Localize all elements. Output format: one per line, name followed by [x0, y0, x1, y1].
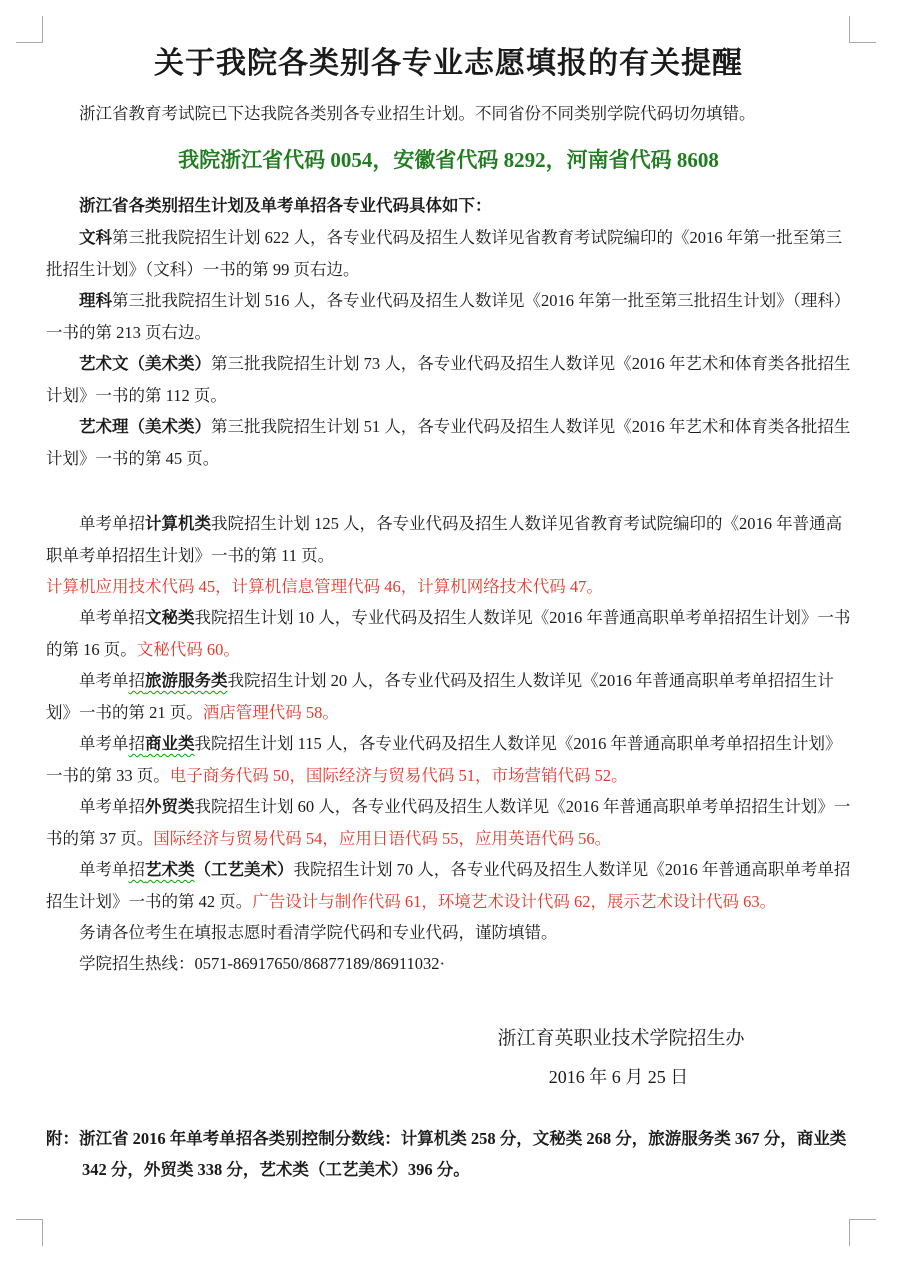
date-line: 2016 年 6 月 25 日	[46, 1059, 851, 1095]
paragraph: 计算机应用技术代码 45，计算机信息管理代码 46，计算机网络技术代码 47。	[46, 571, 851, 602]
text-run: 单考单招	[79, 797, 145, 816]
text-run: 文秘代码 60。	[137, 640, 240, 659]
province-codes-line: 我院浙江省代码 0054，安徽省代码 8292，河南省代码 8608	[46, 140, 851, 180]
text-run: 务请各位考生在填报志愿时看清学院代码和专业代码，谨防填错。	[79, 923, 558, 942]
text-run: 计算机类	[145, 515, 211, 533]
text-run: 理科	[79, 292, 112, 310]
text-run: 文科	[79, 229, 112, 247]
paragraph: 学院招生热线：0571-86917650/86877189/86911032·	[46, 948, 851, 979]
paragraph: 理科第三批我院招生计划 516 人，各专业代码及招生人数详见《2016 年第一批…	[46, 285, 851, 348]
paragraph: 务请各位考生在填报志愿时看清学院代码和专业代码，谨防填错。	[46, 917, 851, 948]
text-run: 文秘类	[145, 609, 195, 627]
paragraph: 单考单招艺术类（工艺美术）我院招生计划 70 人，各专业代码及招生人数详见《20…	[46, 854, 851, 917]
paragraphs: 文科第三批我院招生计划 622 人，各专业代码及招生人数详见省教育考试院编印的《…	[46, 222, 851, 979]
text-run: 商业类	[145, 735, 195, 753]
text-run: 招	[129, 671, 146, 690]
paragraph: 文科第三批我院招生计划 622 人，各专业代码及招生人数详见省教育考试院编印的《…	[46, 222, 851, 285]
appendix-text: 浙江省 2016 年单考单招各类别控制分数线：计算机类 258 分，文秘类 26…	[79, 1129, 846, 1179]
section-heading: 浙江省各类别招生计划及单考单招各专业代码具体如下：	[46, 190, 851, 222]
paragraph: 艺术理（美术类）第三批我院招生计划 51 人，各专业代码及招生人数详见《2016…	[46, 411, 851, 474]
paragraph: 单考单招外贸类我院招生计划 60 人，各专业代码及招生人数详见《2016 年普通…	[46, 791, 851, 854]
text-run: 单考单招	[79, 514, 145, 533]
text-run: 单考单	[79, 671, 129, 690]
text-run: 艺术类	[145, 861, 195, 879]
text-run: 酒店管理代码 58。	[203, 703, 339, 722]
text-run: 第三批我院招生计划 622 人，各专业代码及招生人数详见省教育考试院编印的《20…	[46, 228, 842, 279]
text-run: 国际经济与贸易代码 54，应用日语代码 55，应用英语代码 56。	[153, 829, 611, 848]
text-run: 艺术文（美术类）	[79, 355, 211, 373]
document-content: 关于我院各类别各专业志愿填报的有关提醒 浙江省教育考试院已下达我院各类别各专业招…	[46, 42, 851, 1185]
text-run: 学院招生热线：0571-86917650/86877189/86911032·	[79, 954, 445, 973]
intro-paragraph: 浙江省教育考试院已下达我院各类别各专业招生计划。不同省份不同类别学院代码切勿填错…	[46, 98, 851, 130]
text-run: 广告设计与制作代码 61，环境艺术设计代码 62，展示艺术设计代码 63。	[252, 892, 776, 911]
appendix-label: 附：	[46, 1129, 79, 1148]
text-run: （工艺美术）	[195, 861, 294, 879]
paragraph: 单考单招文秘类我院招生计划 10 人，专业代码及招生人数详见《2016 年普通高…	[46, 602, 851, 665]
text-run: 第三批我院招生计划 516 人，各专业代码及招生人数详见《2016 年第一批至第…	[46, 291, 850, 342]
text-run: 单考单招	[79, 608, 145, 627]
paragraph: 单考单招商业类我院招生计划 115 人，各专业代码及招生人数详见《2016 年普…	[46, 728, 851, 791]
text-run: 电子商务代码 50，国际经济与贸易代码 51，市场营销代码 52。	[170, 766, 628, 785]
text-run: 招	[129, 734, 146, 753]
paragraph: 单考单招旅游服务类我院招生计划 20 人，各专业代码及招生人数详见《2016 年…	[46, 665, 851, 728]
paragraph: 单考单招计算机类我院招生计划 125 人，各专业代码及招生人数详见省教育考试院编…	[46, 508, 851, 571]
margin-crop-mark-bottom-right	[849, 1219, 876, 1246]
margin-crop-mark-top-right	[849, 16, 876, 43]
text-run: 单考单	[79, 860, 129, 879]
text-run: 计算机应用技术代码 45，计算机信息管理代码 46，计算机网络技术代码 47。	[46, 577, 603, 596]
text-run: 招	[129, 860, 146, 879]
margin-crop-mark-bottom-left	[16, 1219, 43, 1246]
document-page: 关于我院各类别各专业志愿填报的有关提醒 浙江省教育考试院已下达我院各类别各专业招…	[0, 0, 897, 1283]
text-run: 旅游服务类	[145, 672, 228, 690]
document-title: 关于我院各类别各专业志愿填报的有关提醒	[46, 42, 851, 86]
paragraph: 艺术文（美术类）第三批我院招生计划 73 人，各专业代码及招生人数详见《2016…	[46, 348, 851, 411]
margin-crop-mark-top-left	[16, 16, 43, 43]
text-run: 艺术理（美术类）	[79, 418, 211, 436]
text-run: 外贸类	[145, 798, 195, 816]
signature-line: 浙江育英职业技术学院招生办	[46, 1019, 851, 1059]
appendix-paragraph: 附：浙江省 2016 年单考单招各类别控制分数线：计算机类 258 分，文秘类 …	[46, 1123, 851, 1185]
text-run: 单考单	[79, 734, 129, 753]
